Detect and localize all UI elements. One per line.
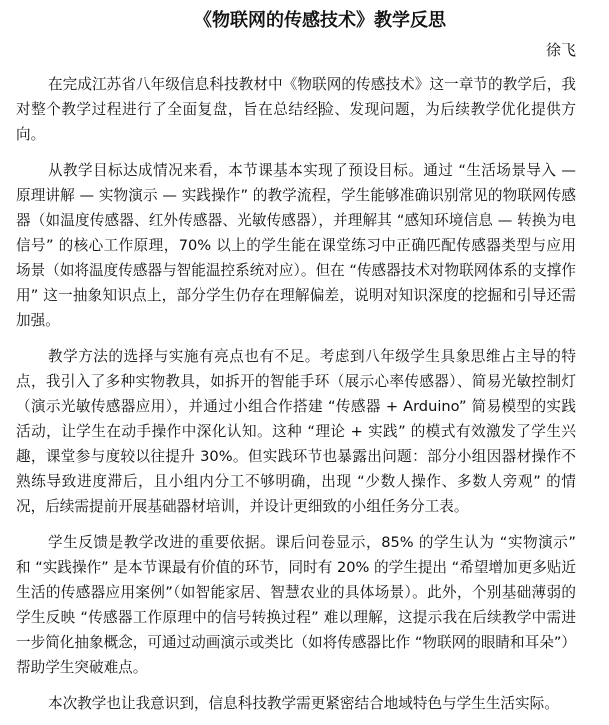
paragraph-objectives[interactable]: 从教学目标达成情况来看，本节课基本实现了预设目标。通过 “生活场景导入 — 原理… [16,158,576,333]
paragraph-conclusion[interactable]: 本次教学也让我意识到，信息科技教学需更紧密结合地域特色与学生生活实际。 [16,691,576,716]
document-body[interactable]: 在完成江苏省八年级信息科技教材中《物联网的传感技术》这一章节的教学后，我对整个教… [16,72,576,725]
paragraph-methods[interactable]: 教学方法的选择与实施有亮点也有不足。考虑到八年级学生具象思维占主导的特点，我引入… [16,344,576,519]
document-title: 《物联网的传感技术》教学反思 [0,8,609,34]
document-page: 《物联网的传感技术》教学反思 徐飞 在完成江苏省八年级信息科技教材中《物联网的传… [0,0,609,725]
document-author: 徐飞 [546,38,576,62]
paragraph-intro[interactable]: 在完成江苏省八年级信息科技教材中《物联网的传感技术》这一章节的教学后，我对整个教… [16,72,576,147]
paragraph-feedback[interactable]: 学生反馈是教学改进的重要依据。课后问卷显示，85% 的学生认为 “实物演示” 和… [16,530,576,680]
